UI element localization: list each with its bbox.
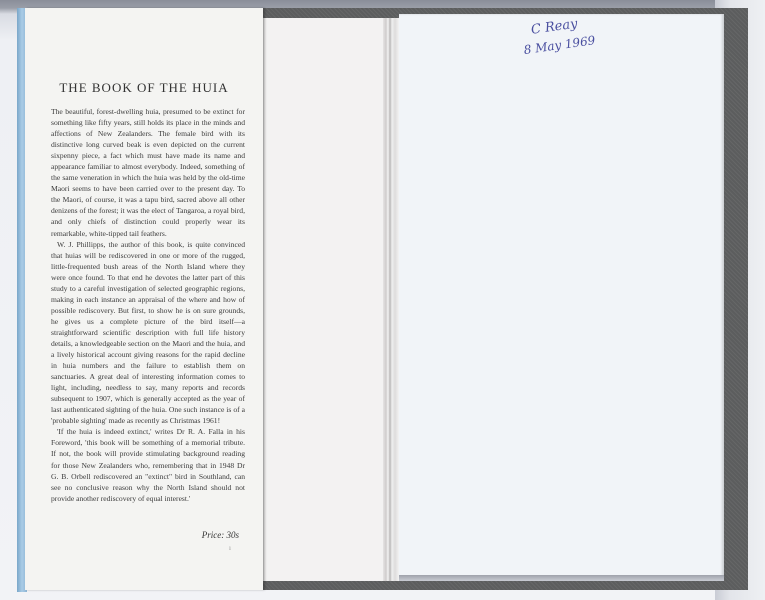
dust-jacket-flap: THE BOOK OF THE HUIA The beautiful, fore… [25, 8, 263, 590]
blurb-paragraph: 'If the huia is indeed extinct,' writes … [51, 426, 245, 503]
blurb-paragraph: The beautiful, forest-dwelling huia, pre… [51, 106, 245, 239]
front-free-endpaper [399, 14, 724, 577]
blurb-paragraph: W. J. Phillipps, the author of this book… [51, 239, 245, 427]
price-label: Price: 30s [202, 530, 239, 540]
front-pastedown [263, 18, 387, 581]
page-bottom-edge [399, 575, 724, 581]
pencil-mark: ı [229, 544, 231, 552]
book-hinge [383, 18, 399, 581]
flap-blurb: The beautiful, forest-dwelling huia, pre… [51, 106, 245, 504]
flap-title: THE BOOK OF THE HUIA [25, 80, 263, 96]
